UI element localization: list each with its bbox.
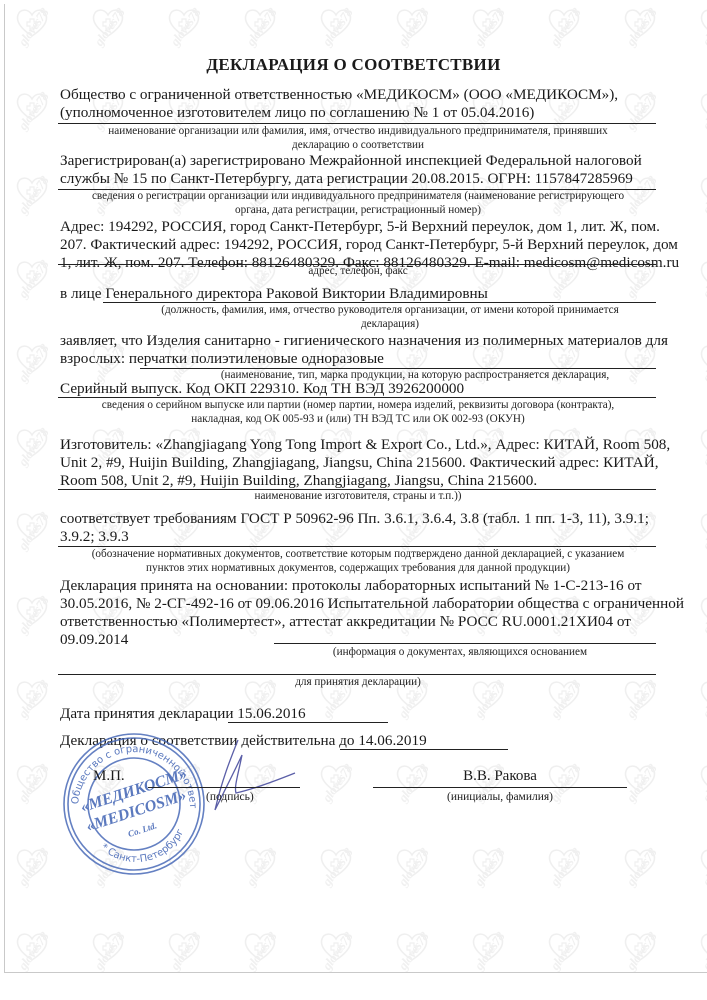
standards-line-2: 3.9.2; 3.9.3 <box>60 528 656 546</box>
company-seal-stamp: Общество с ограниченной ответственностью… <box>60 730 208 878</box>
representative-prefix: в лице <box>60 285 105 302</box>
address-line-2: 207. Фактический адрес: 194292, РОССИЯ, … <box>60 236 656 254</box>
signature-underline <box>148 787 300 788</box>
manufacturer-caption: наименование изготовителя, страны и т.п.… <box>60 489 656 503</box>
manufacturer-line-1: Изготовитель: «Zhangjiagang Yong Tong Im… <box>60 436 656 454</box>
document-title: ДЕКЛАРАЦИЯ О СООТВЕТСТВИИ <box>0 55 707 75</box>
standards-caption: (обозначение нормативных документов, соо… <box>60 547 656 575</box>
address-caption: адрес, телефон, факс <box>60 264 656 278</box>
registration-caption: сведения о регистрации организации или и… <box>60 189 656 217</box>
acceptance-date-value: 15.06.2016 <box>237 705 305 722</box>
signer-caption: (инициалы, фамилия) <box>373 791 627 803</box>
basis-line-2: 30.05.2016, № 2-СГ-492-16 от 09.06.2016 … <box>60 595 656 613</box>
basis-underline-1 <box>274 643 656 644</box>
caption-line: органа, дата регистрации, регистрационны… <box>60 203 656 217</box>
declaration-document: ДЕКЛАРАЦИЯ О СООТВЕТСТВИИ Общество с огр… <box>0 0 707 1000</box>
manufacturer-line-3: Room 508, Unit 2, #9, Huijin Building, Z… <box>60 472 656 490</box>
representative-section: в лице Генерального директора Раковой Ви… <box>60 285 656 303</box>
caption-line: сведения о регистрации организации или и… <box>60 189 656 203</box>
representative-caption: (должность, фамилия, имя, отчество руков… <box>130 303 650 331</box>
acceptance-date-underline <box>228 722 388 723</box>
basis-line-3: ответственностью «Полимертест», аттестат… <box>60 613 656 631</box>
manufacturer-line-2: Unit 2, #9, Huijin Building, Zhangjiagan… <box>60 454 656 472</box>
representative-value: Генерального директора Раковой Виктории … <box>105 285 488 302</box>
applicant-caption: наименование организации или фамилия, им… <box>60 124 656 152</box>
signature-caption: (подпись) <box>206 791 254 803</box>
caption-line: (должность, фамилия, имя, отчество руков… <box>130 303 650 317</box>
caption-line: декларация) <box>130 317 650 331</box>
svg-text:Co. Ltd.: Co. Ltd. <box>127 820 158 839</box>
registration-line-2: службы № 15 по Санкт-Петербургу, дата ре… <box>60 170 656 188</box>
serial-value: Серийный выпуск. Код ОКП 229310. Код ТН … <box>60 380 656 398</box>
standards-section: соответствует требованиям ГОСТ Р 50962-9… <box>60 510 656 546</box>
basis-line-1: Декларация принята на основании: протоко… <box>60 577 656 595</box>
valid-until-underline <box>340 749 508 750</box>
basis-section: Декларация принята на основании: протоко… <box>60 577 656 649</box>
caption-line: декларацию о соответствии <box>60 138 656 152</box>
product-line-1: заявляет, что Изделия санитарно - гигиен… <box>60 332 656 350</box>
applicant-line-2: (уполномоченное изготовителем лицо по со… <box>60 104 656 122</box>
product-line-2: взрослых: перчатки полиэтиленовые однора… <box>60 350 656 368</box>
seal-label: М.П. <box>93 768 125 785</box>
valid-until-value: 14.06.2019 <box>358 732 426 749</box>
handwritten-signature <box>200 735 300 815</box>
manufacturer-section: Изготовитель: «Zhangjiagang Yong Tong Im… <box>60 436 656 490</box>
acceptance-date-row: Дата принятия декларации 15.06.2016 <box>60 705 656 723</box>
caption-line: сведения о серийном выпуске или партии (… <box>60 398 656 412</box>
basis-caption-2: для принятия декларации) <box>60 675 656 689</box>
serial-section: Серийный выпуск. Код ОКП 229310. Код ТН … <box>60 380 656 398</box>
basis-caption-1: (информация о документах, являющихся осн… <box>280 645 640 659</box>
caption-line: (обозначение нормативных документов, соо… <box>60 547 656 561</box>
caption-line: наименование организации или фамилия, им… <box>60 124 656 138</box>
applicant-section: Общество с ограниченной ответственностью… <box>60 86 656 122</box>
address-line-1: Адрес: 194292, РОССИЯ, город Санкт-Петер… <box>60 218 656 236</box>
serial-caption: сведения о серийном выпуске или партии (… <box>60 398 656 426</box>
standards-line-1: соответствует требованиям ГОСТ Р 50962-9… <box>60 510 656 528</box>
caption-line: накладная, код ОК 005-93 и (или) ТН ВЭД … <box>60 412 656 426</box>
applicant-line-1: Общество с ограниченной ответственностью… <box>60 86 656 104</box>
registration-line-1: Зарегистрирован(а) зарегистрировано Межр… <box>60 152 656 170</box>
acceptance-date-label: Дата принятия декларации <box>60 705 237 722</box>
caption-line: пунктов этих нормативных документов, сод… <box>60 561 656 575</box>
signer-underline <box>373 787 627 788</box>
registration-section: Зарегистрирован(а) зарегистрировано Межр… <box>60 152 656 188</box>
signer-name: В.В. Ракова <box>373 768 627 785</box>
product-section: заявляет, что Изделия санитарно - гигиен… <box>60 332 656 368</box>
